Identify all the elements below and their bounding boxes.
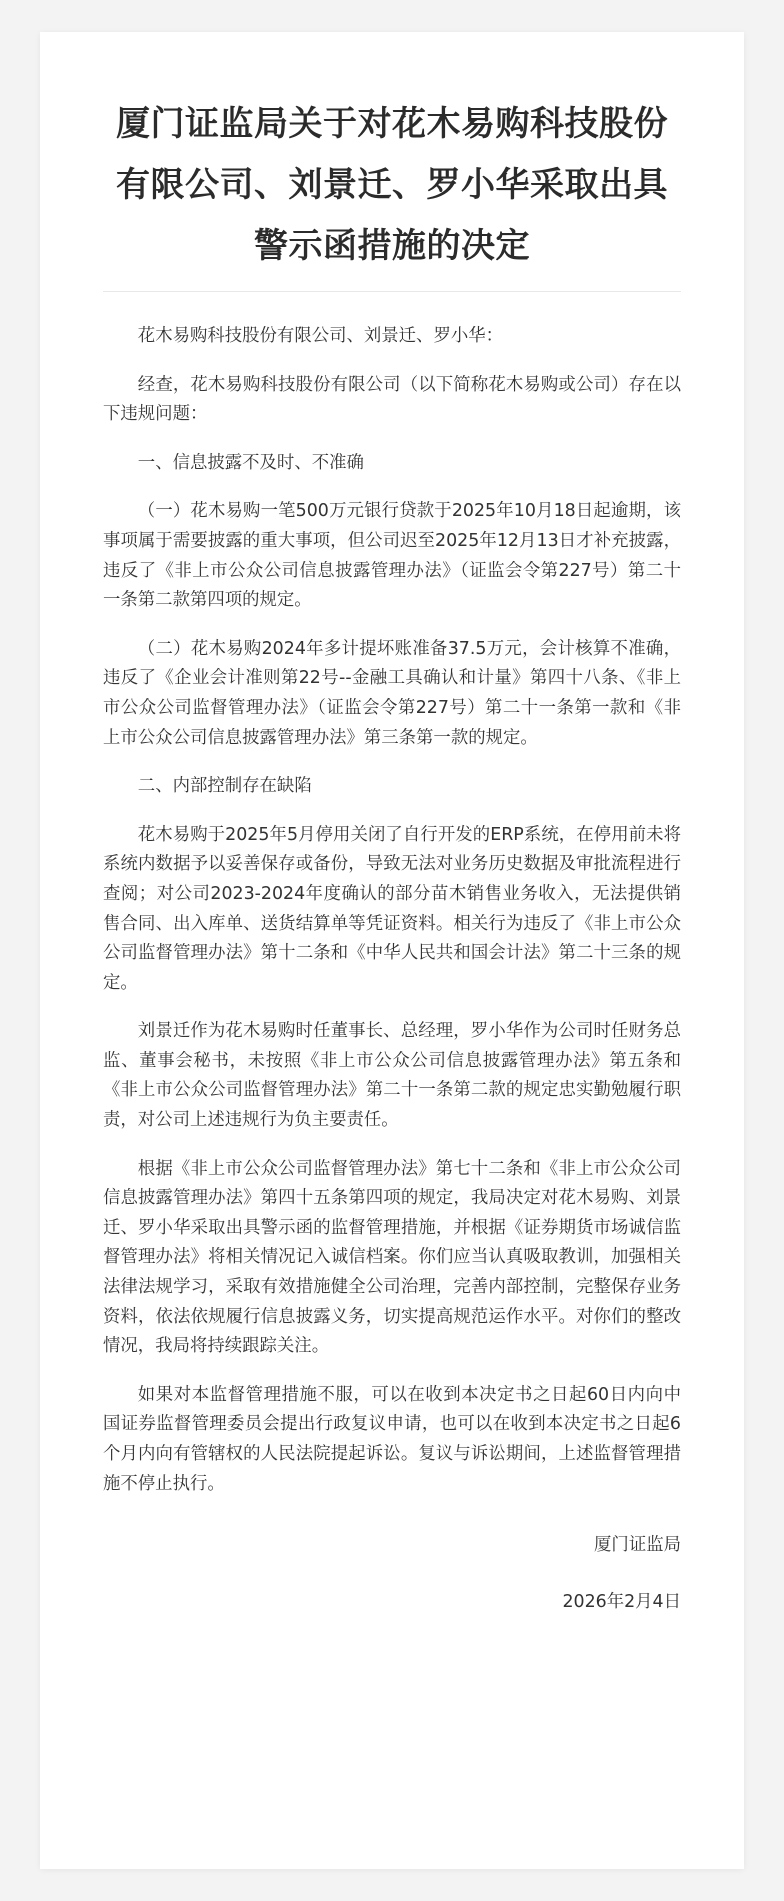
section-heading-2: 二、内部控制存在缺陷: [103, 772, 681, 802]
paragraph-responsibility: 刘景迁作为花木易购时任董事长、总经理，罗小华作为公司时任财务总监、董事会秘书，未…: [103, 1017, 681, 1135]
paragraph-appeal: 如果对本监督管理措施不服，可以在收到本决定书之日起60日内向中国证券监督管理委员…: [103, 1381, 681, 1499]
paragraph-decision: 根据《非上市公众公司监督管理办法》第七十二条和《非上市公众公司信息披露管理办法》…: [103, 1155, 681, 1362]
document-title: 厦门证监局关于对花木易购科技股份有限公司、刘景迁、罗小华采取出具警示函措施的决定: [103, 32, 681, 292]
addressee: 花木易购科技股份有限公司、刘景迁、罗小华：: [103, 322, 681, 352]
issuer-name: 厦门证监局: [103, 1531, 681, 1561]
signature-block: 厦门证监局 2026年2月4日: [103, 1531, 681, 1617]
document-card: 厦门证监局关于对花木易购科技股份有限公司、刘景迁、罗小华采取出具警示函措施的决定…: [40, 32, 744, 1869]
section-heading-1: 一、信息披露不及时、不准确: [103, 449, 681, 479]
paragraph-findings-intro: 经查，花木易购科技股份有限公司（以下简称花木易购或公司）存在以下违规问题：: [103, 371, 681, 430]
issue-date: 2026年2月4日: [103, 1588, 681, 1618]
document-body: 花木易购科技股份有限公司、刘景迁、罗小华： 经查，花木易购科技股份有限公司（以下…: [103, 292, 681, 1617]
paragraph-item-2: （二）花木易购2024年多计提坏账准备37.5万元，会计核算不准确，违反了《企业…: [103, 635, 681, 753]
paragraph-internal-control: 花木易购于2025年5月停用关闭了自行开发的ERP系统，在停用前未将系统内数据予…: [103, 821, 681, 999]
paragraph-item-1: （一）花木易购一笔500万元银行贷款于2025年10月18日起逾期，该事项属于需…: [103, 497, 681, 615]
